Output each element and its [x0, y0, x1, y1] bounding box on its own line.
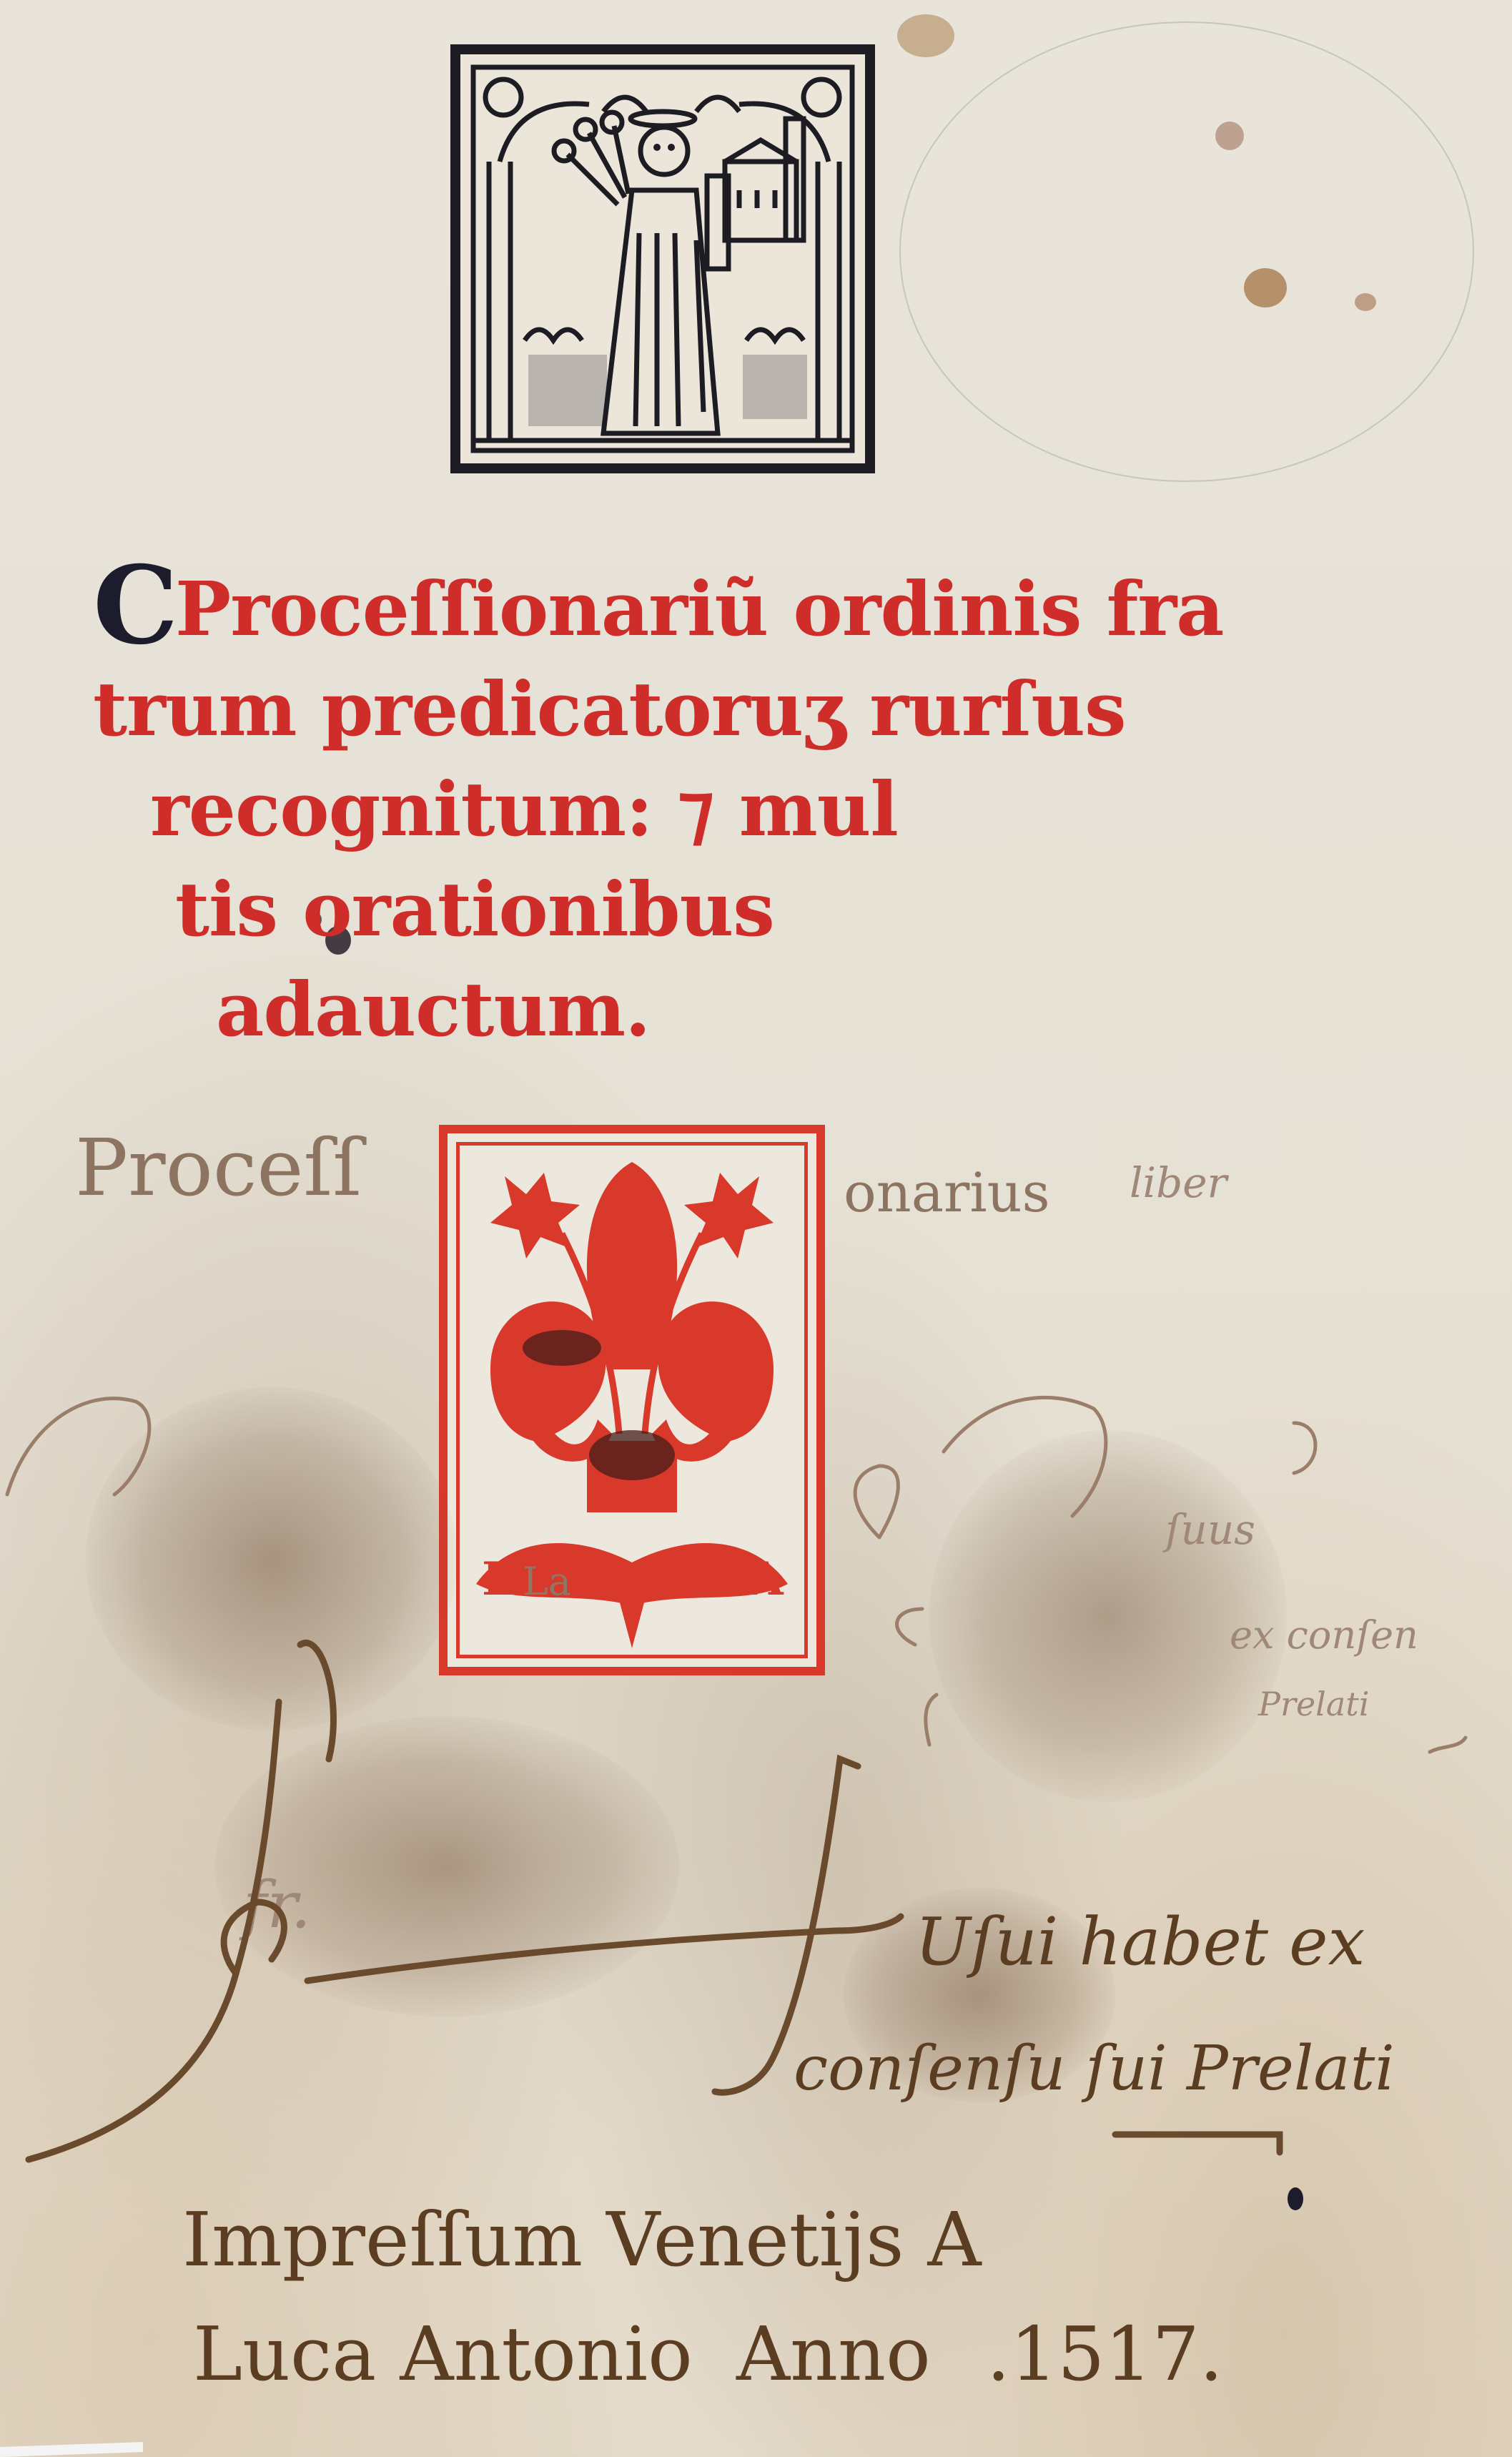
colophon-line-1: Impreſſum Venetijs A [182, 2202, 982, 2277]
title-line-2: trum predicatoruʒ rurſus [93, 672, 1126, 747]
manuscript-faint-word: liber [1130, 1162, 1227, 1203]
title-line-1: Proceſſionariũ ordinis fra [175, 572, 1224, 646]
foxing-stain [897, 14, 954, 57]
title-line-5: adauctum. [216, 973, 650, 1047]
foxing-stain [1215, 122, 1244, 150]
colophon-line-2-name: Luca Antonio [193, 2317, 693, 2391]
faint-note-1: ſuus [1165, 1509, 1255, 1550]
foxing-stain [1244, 268, 1287, 307]
manuscript-word-left: Proceſſ [75, 1128, 362, 1207]
faint-note-2: ex conſen [1230, 1616, 1418, 1655]
woodcut-saint-icon [460, 54, 865, 463]
printer-mark: L La A [439, 1125, 825, 1675]
faint-note-3: Prelati [1258, 1688, 1370, 1720]
printer-mark-letter-left: L [482, 1557, 514, 1602]
colophon-line-2-anno: Anno [736, 2317, 931, 2391]
ownership-inscription-line-1: Uſui habet ex [915, 1909, 1365, 1975]
title-line-4: tis orationibus [175, 872, 774, 947]
foxing-stain [1355, 293, 1376, 311]
signature-fragment: fr. [243, 1873, 311, 1938]
manuscript-word-right: onarius [844, 1166, 1050, 1220]
pencil-circle-mark [899, 21, 1474, 482]
initial-capital: C [93, 552, 178, 659]
title-page: C Proceſſionariũ ordinis fra trum predic… [0, 0, 1512, 2457]
page-edge [0, 2442, 143, 2457]
erased-ink-smudge [86, 1387, 458, 1730]
printer-mark-manuscript-insert: La [523, 1562, 571, 1601]
ownership-inscription-line-2: conſenſu ſui Prelati [794, 2038, 1395, 2099]
title-line-3: recognitum: ⁊ mul [150, 772, 898, 847]
printer-mark-letter-right: A [748, 1557, 784, 1602]
erased-ink-smudge [214, 1716, 679, 2017]
colophon-year: .1517. [987, 2317, 1223, 2391]
woodcut-illustration [450, 44, 875, 473]
